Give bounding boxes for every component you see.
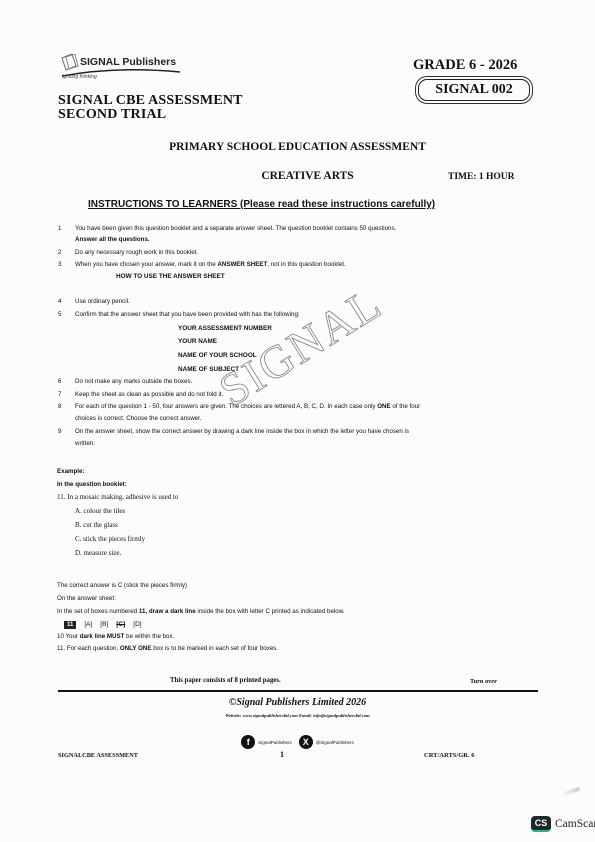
camscanner-badge: CS CamScanner bbox=[531, 816, 595, 832]
instruction-number: 9 bbox=[58, 428, 61, 436]
watermark: SIGNAL bbox=[210, 276, 391, 417]
x-handle: @SignalPublishers bbox=[316, 740, 354, 745]
instruction-text: Keep the sheet as clean as possible and … bbox=[75, 391, 223, 399]
exam-heading: PRIMARY SCHOOL EDUCATION ASSESSMENT bbox=[0, 141, 595, 153]
required-field: YOUR NAME bbox=[178, 338, 217, 346]
instruction-text: 11. For each question, ONLY ONE box is t… bbox=[57, 645, 278, 653]
instruction-number: 5 bbox=[58, 311, 61, 319]
answer-box-c-marked: [C] bbox=[116, 621, 125, 629]
example-option: B. cut the glass bbox=[75, 521, 118, 529]
marking-instruction: In the set of boxes numbered 11, draw a … bbox=[57, 608, 345, 616]
camscanner-label: CamScanner bbox=[555, 818, 595, 830]
instruction-number: 7 bbox=[58, 391, 61, 399]
answer-sheet-label: On the answer sheet: bbox=[57, 595, 116, 603]
instruction-text: written. bbox=[75, 440, 95, 448]
example-option: D. measure size. bbox=[75, 549, 121, 557]
question-number-box: 11 bbox=[64, 621, 76, 629]
instruction-text: Do any necessary rough work in this book… bbox=[75, 249, 198, 257]
assessment-subtitle: SECOND TRIAL bbox=[58, 107, 166, 123]
required-field: YOUR ASSESSMENT NUMBER bbox=[178, 325, 272, 333]
example-label: Example: bbox=[57, 468, 85, 476]
instruction-text: 10 Your dark line MUST be within the box… bbox=[57, 633, 174, 641]
grade-label: GRADE 6 - 2026 bbox=[413, 57, 517, 74]
instruction-text: On the answer sheet, show the correct an… bbox=[75, 428, 409, 436]
copyright: ©Signal Publishers Limited 2026 bbox=[0, 697, 595, 708]
instruction-number: 3 bbox=[58, 261, 61, 269]
instruction-number: 1 bbox=[58, 225, 61, 233]
instruction-number: 2 bbox=[58, 249, 61, 257]
time-label: TIME: 1 HOUR bbox=[448, 172, 515, 182]
social-links: f SignalPublishers X @SignalPublishers bbox=[0, 735, 595, 749]
example-question: 11. In a mosaic making, adhesive is used… bbox=[57, 493, 178, 501]
instruction-number: 8 bbox=[58, 403, 61, 411]
answer-box-d: [D] bbox=[133, 621, 141, 629]
camscanner-logo-icon: CS bbox=[531, 816, 551, 832]
instruction-text: Use ordinary pencil. bbox=[75, 298, 130, 306]
exam-page: SIGNAL Publishers Igniting thinking SIGN… bbox=[0, 0, 595, 842]
answer-boxes-example: 11 [A] [B] [C] [D] bbox=[64, 621, 142, 629]
instruction-number: 6 bbox=[58, 378, 61, 386]
footer-right: CRT/ARTS/GR. 6 bbox=[424, 752, 474, 759]
instruction-text: Confirm that the answer sheet that you h… bbox=[75, 311, 300, 319]
correct-answer-note: The correct answer is C (stick the piece… bbox=[57, 582, 187, 590]
facebook-handle: SignalPublishers bbox=[258, 740, 292, 745]
pages-note: This paper consists of 8 printed pages. bbox=[170, 677, 281, 684]
scan-edge-shadow bbox=[560, 787, 580, 798]
contact-info: Website: www.signalpublishersltd.com Ema… bbox=[0, 713, 595, 718]
instruction-text: Answer all the questions. bbox=[75, 236, 150, 244]
instruction-text: When you have chosen your answer, mark i… bbox=[75, 261, 346, 269]
publisher-logo: SIGNAL Publishers Igniting thinking bbox=[58, 54, 198, 86]
x-icon: X bbox=[299, 735, 313, 749]
example-option: C. stick the pieces firmly bbox=[75, 535, 145, 543]
facebook-icon: f bbox=[241, 735, 255, 749]
instruction-text: Do not make any marks outside the boxes. bbox=[75, 378, 192, 386]
instruction-text: choices is correct. Choose the correct a… bbox=[75, 415, 202, 423]
instruction-text: You have been given this question bookle… bbox=[75, 225, 396, 233]
paper-code-badge: SIGNAL 002 bbox=[418, 79, 530, 101]
booklet-label: In the question booklet: bbox=[57, 481, 127, 489]
page-number: 1 bbox=[280, 750, 284, 759]
footer-divider bbox=[58, 690, 538, 692]
example-option: A. colour the tiles bbox=[75, 507, 125, 515]
answer-sheet-subheading: HOW TO USE THE ANSWER SHEET bbox=[116, 273, 225, 281]
answer-box-a: [A] bbox=[84, 621, 92, 629]
logo-name: SIGNAL Publishers bbox=[80, 56, 176, 68]
footer-left: SIGNALCBE ASSESSMENT bbox=[58, 752, 138, 759]
logo-tagline: Igniting thinking bbox=[62, 74, 97, 80]
turn-over-note: Turn over bbox=[470, 678, 497, 685]
instruction-number: 4 bbox=[58, 298, 61, 306]
instructions-heading: INSTRUCTIONS TO LEARNERS (Please read th… bbox=[88, 199, 435, 210]
answer-box-b: [B] bbox=[100, 621, 108, 629]
